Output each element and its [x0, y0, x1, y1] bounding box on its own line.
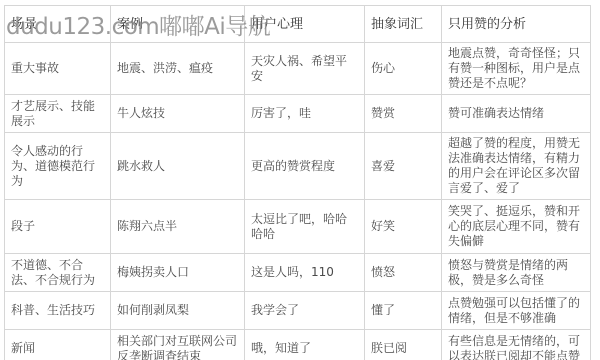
header-scene: 场景 [5, 6, 111, 43]
cell-abstract-word: 好笑 [365, 200, 442, 254]
table-row: 段子 陈翔六点半 太逗比了吧，哈哈哈哈 好笑 笑哭了、挺逗乐，赞和开心的底层心理… [5, 200, 591, 254]
table-row: 科普、生活技巧 如何削剥凤梨 我学会了 懂了 点赞勉强可以包括懂了的情绪，但是不… [5, 292, 591, 330]
cell-abstract-word: 朕已阅 [365, 330, 442, 360]
cell-abstract-word: 喜爱 [365, 133, 442, 200]
cell-user-psychology: 这是人吗，110 [245, 254, 365, 292]
cell-user-psychology: 我学会了 [245, 292, 365, 330]
cell-user-psychology: 更高的赞赏程度 [245, 133, 365, 200]
table-row: 才艺展示、技能展示 牛人炫技 厉害了，哇 赞赏 赞可准确表达情绪 [5, 95, 591, 133]
cell-case: 跳水救人 [111, 133, 245, 200]
cell-analysis: 点赞勉强可以包括懂了的情绪，但是不够准确 [442, 292, 591, 330]
cell-user-psychology: 太逗比了吧，哈哈哈哈 [245, 200, 365, 254]
cell-scene: 令人感动的行为、道德模范行为 [5, 133, 111, 200]
header-like-only-analysis: 只用赞的分析 [442, 6, 591, 43]
cell-scene: 科普、生活技巧 [5, 292, 111, 330]
cell-analysis: 有些信息是无情绪的，可以表达朕已阅却不能点赞 [442, 330, 591, 360]
table-row: 不道德、不合法、不合规行为 梅姨拐卖人口 这是人吗，110 愤怒 愤怒与赞赏是情… [5, 254, 591, 292]
cell-abstract-word: 伤心 [365, 43, 442, 95]
cell-case: 牛人炫技 [111, 95, 245, 133]
cell-case: 梅姨拐卖人口 [111, 254, 245, 292]
cell-scene: 新闻 [5, 330, 111, 360]
table-row: 重大事故 地震、洪涝、瘟疫 天灾人祸、希望平安 伤心 地震点赞，奇奇怪怪；只有赞… [5, 43, 591, 95]
cell-scene: 不道德、不合法、不合规行为 [5, 254, 111, 292]
cell-abstract-word: 愤怒 [365, 254, 442, 292]
cell-scene: 段子 [5, 200, 111, 254]
cell-case: 陈翔六点半 [111, 200, 245, 254]
cell-scene: 重大事故 [5, 43, 111, 95]
cell-user-psychology: 哦，知道了 [245, 330, 365, 360]
table-row: 令人感动的行为、道德模范行为 跳水救人 更高的赞赏程度 喜爱 超越了赞的程度，用… [5, 133, 591, 200]
table-row: 新闻 相关部门对互联网公司反垄断调查结束 哦，知道了 朕已阅 有些信息是无情绪的… [5, 330, 591, 360]
cell-case: 如何削剥凤梨 [111, 292, 245, 330]
cell-user-psychology: 天灾人祸、希望平安 [245, 43, 365, 95]
header-abstract-word: 抽象词汇 [365, 6, 442, 43]
cell-case: 地震、洪涝、瘟疫 [111, 43, 245, 95]
cell-user-psychology: 厉害了，哇 [245, 95, 365, 133]
cell-analysis: 超越了赞的程度，用赞无法准确表达情绪，有精力的用户会在评论区多次留言爱了、爱了 [442, 133, 591, 200]
cell-analysis: 笑哭了、挺逗乐，赞和开心的底层心理不同，赞有失偏僻 [442, 200, 591, 254]
table-header-row: 场景 案例 用户心理 抽象词汇 只用赞的分析 [5, 6, 591, 43]
cell-analysis: 愤怒与赞赏是情绪的两极，赞是多么奇怪 [442, 254, 591, 292]
cell-abstract-word: 懂了 [365, 292, 442, 330]
cell-abstract-word: 赞赏 [365, 95, 442, 133]
header-case: 案例 [111, 6, 245, 43]
cell-scene: 才艺展示、技能展示 [5, 95, 111, 133]
analysis-table-container: 场景 案例 用户心理 抽象词汇 只用赞的分析 重大事故 地震、洪涝、瘟疫 天灾人… [4, 5, 590, 360]
header-user-psychology: 用户心理 [245, 6, 365, 43]
cell-analysis: 赞可准确表达情绪 [442, 95, 591, 133]
cell-analysis: 地震点赞，奇奇怪怪；只有赞一种图标，用户是点赞还是不点呢？ [442, 43, 591, 95]
cell-case: 相关部门对互联网公司反垄断调查结束 [111, 330, 245, 360]
like-analysis-table: 场景 案例 用户心理 抽象词汇 只用赞的分析 重大事故 地震、洪涝、瘟疫 天灾人… [4, 5, 591, 360]
